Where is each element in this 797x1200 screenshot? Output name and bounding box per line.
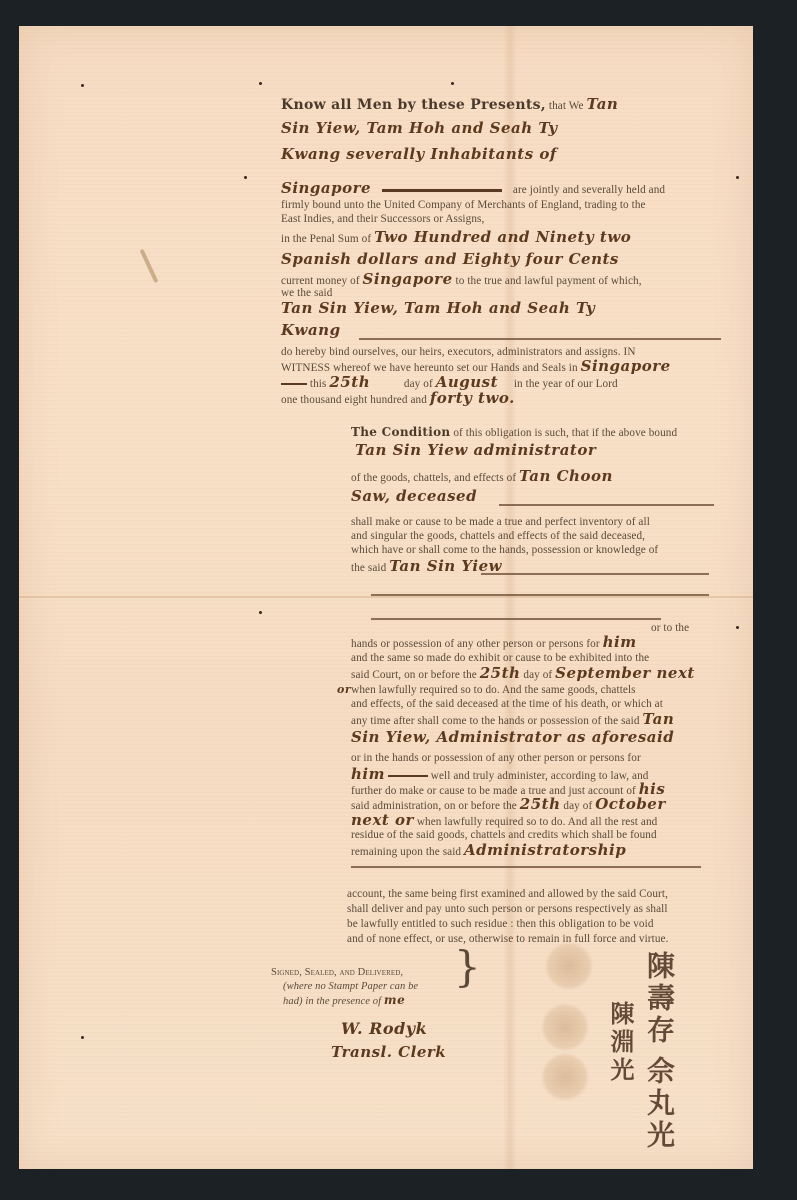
handwritten-text: him <box>603 633 637 651</box>
print-text: or to the <box>651 622 689 636</box>
handwritten-text: next or <box>351 811 414 829</box>
print-text: shall make or cause to be made a true an… <box>351 516 650 530</box>
handwritten-text: Administratorship <box>464 841 626 859</box>
print-text: be lawfully entitled to such residue : t… <box>347 918 654 932</box>
print-text: that We <box>549 100 584 112</box>
print-text: any time after shall come to the hands o… <box>351 715 640 727</box>
margin-dot <box>736 626 739 629</box>
handwritten-text: or <box>337 683 351 696</box>
handwritten-text: Singapore <box>363 270 453 288</box>
fill-line <box>382 189 502 192</box>
margin-dot <box>81 84 84 87</box>
print-text: this <box>310 378 327 390</box>
handwritten-text: 25th <box>480 664 521 682</box>
print-text: of the goods, chattels, and effects of <box>351 472 516 484</box>
fill-line <box>371 594 709 596</box>
margin-dot <box>736 176 739 179</box>
print-text: in the year of our Lord <box>514 378 618 390</box>
handwritten-text: September next <box>555 664 695 682</box>
print-text: East Indies, and their Successors or Ass… <box>281 213 484 227</box>
print-text: and singular the goods, chattels and eff… <box>351 530 645 544</box>
condition-heading: The Condition <box>351 425 450 439</box>
margin-dot <box>244 176 247 179</box>
fill-line <box>359 338 721 340</box>
print-text: shall deliver and pay unto such person o… <box>347 903 668 917</box>
handwritten-text: Tan Choon <box>519 467 613 485</box>
wafer-seal <box>541 1003 589 1051</box>
print-text: or in the hands or possession of any oth… <box>351 752 641 766</box>
heading: Know all Men by these Presents, <box>281 97 546 113</box>
fill-line <box>371 618 661 620</box>
print-text: when lawfully required so to do. And the… <box>351 684 636 696</box>
print-text: when lawfully required so to do. And all… <box>417 816 658 828</box>
print-text: to the true and lawful payment of which, <box>456 275 642 287</box>
fill-line <box>499 504 714 506</box>
handwritten-text: 25th <box>520 795 561 813</box>
margin-dot <box>259 82 262 85</box>
handwritten-text: Tan <box>586 95 618 113</box>
margin-dot <box>81 1036 84 1039</box>
print-text: further do make or cause to be made a tr… <box>351 785 636 797</box>
wafer-seal <box>541 1053 589 1101</box>
ink-stain <box>140 249 159 283</box>
print-text: current money of <box>281 275 360 287</box>
print-text: the said <box>351 562 386 574</box>
print-text: day of <box>523 669 552 681</box>
chinese-signature: 陳淵光 <box>603 1001 638 1085</box>
margin-dot <box>451 82 454 85</box>
print-text: are jointly and severally held and <box>513 184 665 196</box>
handwritten-text: Tan Sin Yiew administrator <box>355 444 596 458</box>
print-text: firmly bound unto the United Company of … <box>281 199 646 213</box>
fill-line <box>351 866 701 868</box>
print-text: Signed, Sealed, and Delivered, <box>271 966 403 980</box>
handwritten-text: Kwang <box>281 324 341 338</box>
print-text: hands or possession of any other person … <box>351 638 600 650</box>
handwritten-text: 25th <box>329 373 370 391</box>
handwritten-text: forty two. <box>430 389 515 407</box>
print-text: remaining upon the said <box>351 846 461 858</box>
handwritten-text: me <box>384 993 405 1007</box>
handwritten-text: October <box>595 795 666 813</box>
wafer-seal <box>545 942 593 990</box>
handwritten-text: Kwang severally Inhabitants of <box>281 148 557 162</box>
fill-line <box>281 383 307 385</box>
print-text: had) in the presence of <box>283 996 381 1007</box>
print-text: (where no Stampt Paper can be <box>283 980 418 994</box>
print-text: WITNESS whereof we have hereunto set our… <box>281 362 578 374</box>
handwritten-text: Saw, deceased <box>351 490 477 504</box>
brace: } <box>454 960 481 974</box>
handwritten-text: Singapore <box>281 179 371 197</box>
horizontal-fold <box>19 596 753 598</box>
handwritten-text: Singapore <box>581 357 671 375</box>
chinese-signature: 佘丸光 <box>639 1056 679 1152</box>
print-text: of this obligation is such, that if the … <box>453 427 677 439</box>
handwritten-text: Two Hundred and Ninety two <box>374 228 631 246</box>
witness-signature: Transl. Clerk <box>331 1046 446 1060</box>
document-page: Know all Men by these Presents, that We … <box>19 26 753 1169</box>
witness-signature: W. Rodyk <box>341 1022 427 1036</box>
print-text: in the Penal Sum of <box>281 233 371 245</box>
print-text: one thousand eight hundred and <box>281 394 427 406</box>
print-text: well and truly administer, according to … <box>431 770 649 782</box>
handwritten-text: Sin Yiew, Administrator as aforesaid <box>351 731 674 745</box>
handwritten-text: Tan <box>642 710 674 728</box>
print-text: and effects, of the said deceased at the… <box>351 698 663 712</box>
chinese-signature: 陳壽存 <box>639 951 679 1047</box>
print-text: said Court, on or before the <box>351 669 477 681</box>
print-text: day of <box>563 800 592 812</box>
handwritten-text: him <box>351 765 385 783</box>
fill-line <box>388 775 428 777</box>
print-text: which have or shall come to the hands, p… <box>351 544 658 558</box>
print-text: day of <box>404 378 433 390</box>
handwritten-text: Tan Sin Yiew, Tam Hoh and Seah Ty <box>281 302 595 316</box>
handwritten-text: Spanish dollars and Eighty four Cents <box>281 253 619 267</box>
print-text: account, the same being first examined a… <box>347 888 668 902</box>
margin-dot <box>259 611 262 614</box>
fill-line <box>481 573 709 575</box>
print-text: and of none effect, or use, otherwise to… <box>347 933 668 947</box>
handwritten-text: Sin Yiew, Tam Hoh and Seah Ty <box>281 122 558 136</box>
